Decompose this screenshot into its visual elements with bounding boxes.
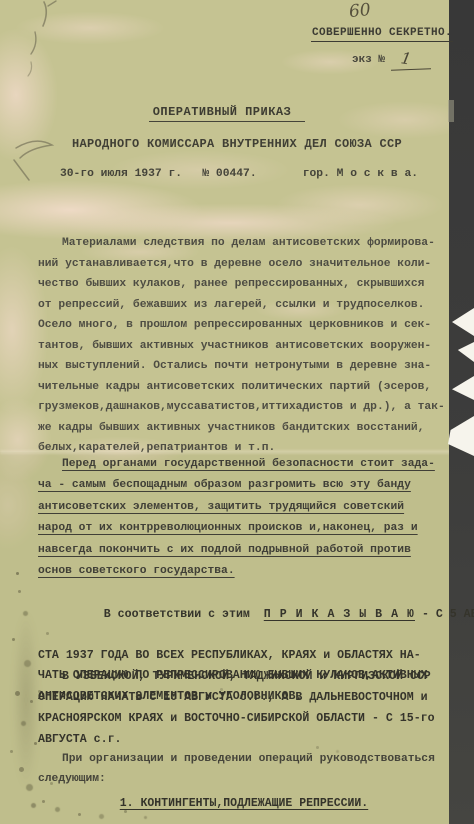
text-line: СТА 1937 ГОДА ВО ВСЕХ РЕСПУБЛИКАХ, КРАЯХ… — [38, 646, 450, 667]
text-line: Материалами следствия по делам антисовет… — [38, 233, 450, 254]
order-lead-line: В соответствии с этим П Р И К А З Ы В А … — [38, 584, 450, 646]
text-line: ний устанавливается,что в деревне осело … — [38, 254, 450, 275]
text-line: АВГУСТА с.г. — [38, 729, 450, 750]
scanned-document-page: 60 СОВЕРШЕННО СЕКРЕТНО. экз № 1 ОПЕРАТИВ… — [0, 0, 474, 824]
paragraph-intro: Материалами следствия по делам антисовет… — [38, 233, 450, 459]
paragraph-task-underlined: Перед органами государственной безопасно… — [38, 454, 450, 582]
order-city: гор. М о с к в а. — [303, 168, 418, 180]
document-title-text: ОПЕРАТИВНЫЙ ПРИКАЗ — [149, 105, 306, 122]
text-line: основ советского государства. — [38, 561, 450, 582]
secrecy-stamp: СОВЕРШЕННО СЕКРЕТНО. — [311, 27, 453, 39]
toner-speckles — [16, 572, 19, 575]
text-line: В УЗБЕКСКОЙ, ТУРКМЕНСКОЙ, ТАДЖИКСКОЙ и К… — [38, 666, 450, 687]
order-keyword: П Р И К А З Ы В А Ю — [264, 608, 415, 621]
copy-number-label: экз № — [352, 54, 385, 66]
text-line: навсегда покончить с их подлой подрывной… — [38, 540, 450, 561]
text-line: же кадры бывших активных участников банд… — [38, 418, 450, 439]
section-heading-text: 1. КОНТИНГЕНТЫ,ПОДЛЕЖАЩИЕ РЕПРЕССИИ. — [120, 797, 368, 810]
text-line: антисоветских элементов, защитить трудящ… — [38, 497, 450, 518]
order-date-number: 30-го июля 1937 г. № 00447. — [60, 168, 257, 180]
order-tail-text: - С 5 АВГУ- — [415, 608, 474, 621]
text-line: ных выступлений. Остались почти нетронут… — [38, 356, 450, 377]
text-line: ча - самым беспощадным образом разгромит… — [38, 475, 450, 496]
date-and-place-line: 30-го июля 1937 г. № 00447. гор. М о с к… — [60, 168, 418, 180]
handwritten-copy-number: 1 — [399, 48, 412, 68]
copy-number-underline — [391, 68, 431, 70]
text-line: При организации и проведении операций ру… — [38, 749, 450, 769]
section-heading: 1. КОНТИНГЕНТЫ,ПОДЛЕЖАЩИЕ РЕПРЕССИИ. — [38, 797, 450, 810]
text-line: чительные кадры антисоветских политическ… — [38, 377, 450, 398]
document-subtitle: НАРОДНОГО КОМИССАРА ВНУТРЕННИХ ДЕЛ СОЮЗА… — [0, 137, 474, 151]
order-lead-text: В соответствии с этим — [104, 608, 264, 621]
handwritten-page-number: 60 — [348, 0, 372, 22]
toner-smudge — [8, 580, 44, 820]
text-line: Перед органами государственной безопасно… — [38, 454, 450, 475]
paragraph-regions: В УЗБЕКСКОЙ, ТУРКМЕНСКОЙ, ТАДЖИКСКОЙ и К… — [38, 666, 450, 750]
text-line: тантов, бывших активных участников антис… — [38, 336, 450, 357]
text-line: народ от их контрреволюционных происков … — [38, 518, 450, 539]
text-line: ОПЕРАЦИЮ НАЧАТЬ С 10 АВГУСТА с.г., А В Д… — [38, 687, 450, 708]
text-line: следующим: — [38, 769, 450, 789]
paragraph-guidance: При организации и проведении операций ру… — [38, 749, 450, 789]
document-title: ОПЕРАТИВНЫЙ ПРИКАЗ — [0, 105, 454, 119]
text-line: КРАСНОЯРСКОМ КРАЯХ и ВОСТОЧНО-СИБИРСКОЙ … — [38, 708, 450, 729]
secrecy-stamp-text: СОВЕРШЕННО СЕКРЕТНО. — [311, 27, 453, 42]
text-line: чество бывших кулаков, ранее репрессиров… — [38, 274, 450, 295]
text-line: Осело много, в прошлом репрессированных … — [38, 315, 450, 336]
scan-edge-shadow — [449, 0, 474, 824]
text-line: грузмеков,дашнаков,муссаватистов,иттихад… — [38, 397, 450, 418]
text-line: от репрессий, бежавших из лагерей, ссылк… — [38, 295, 450, 316]
